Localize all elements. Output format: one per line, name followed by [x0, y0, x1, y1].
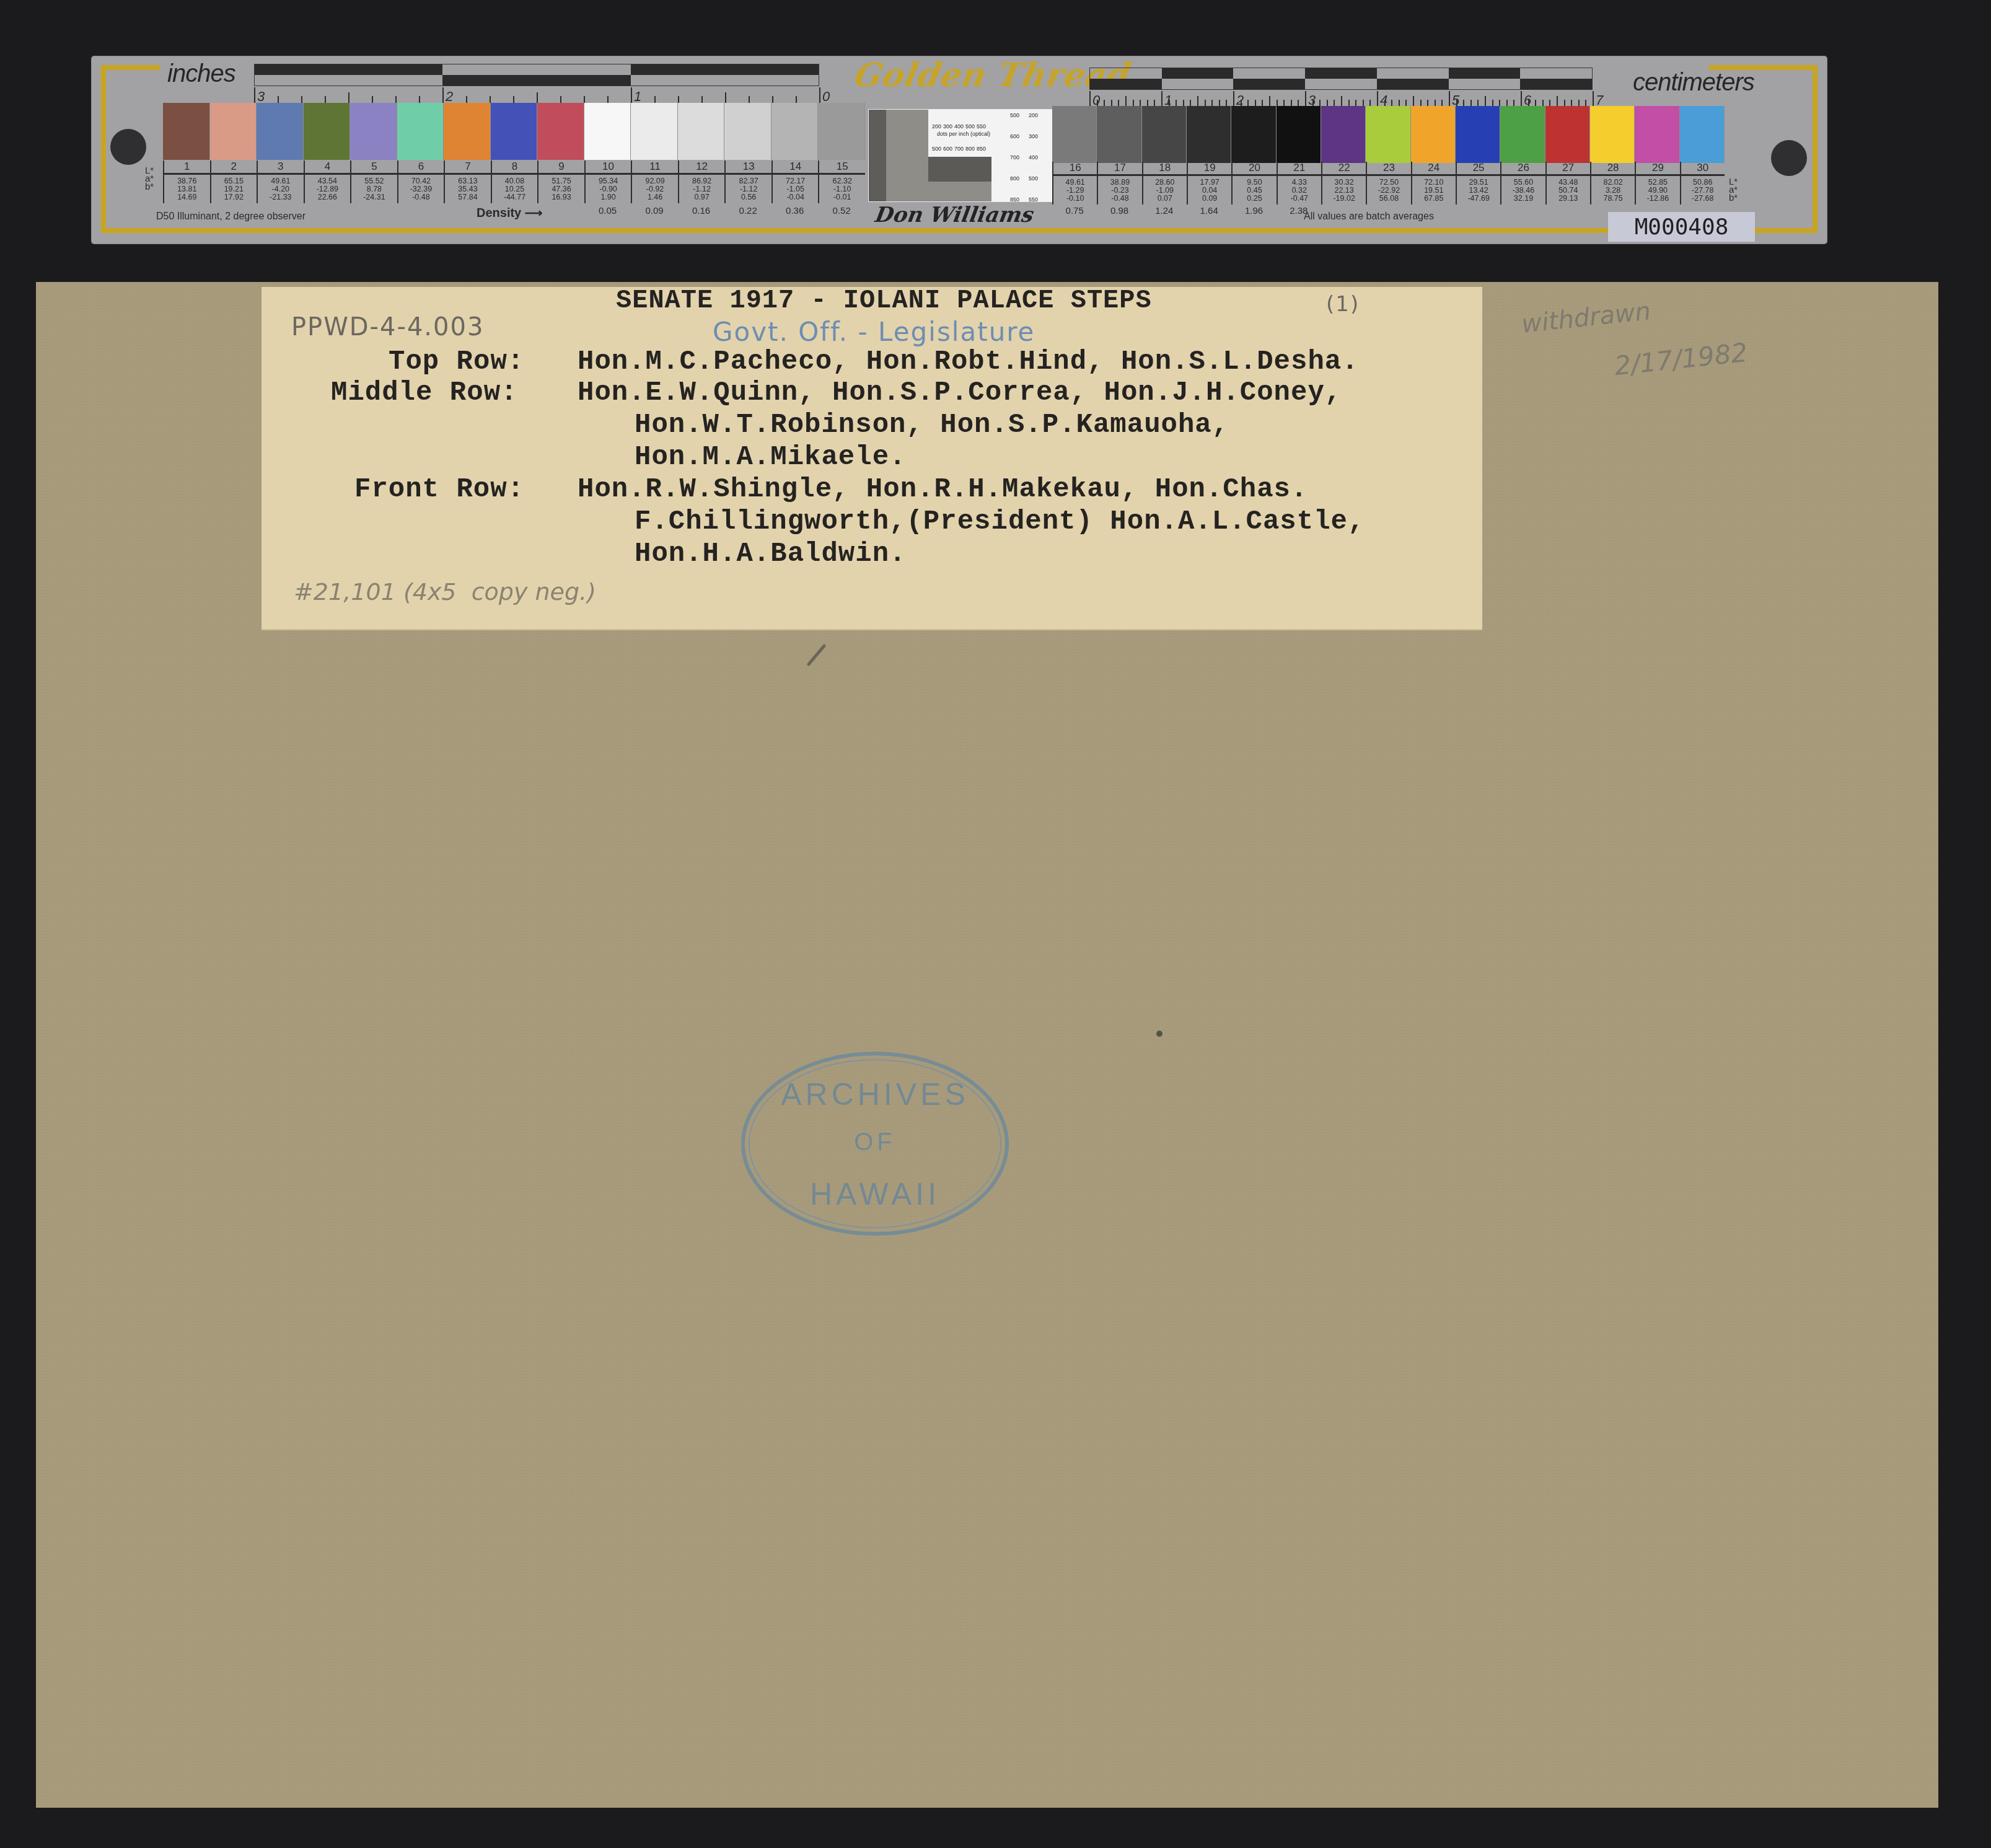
caption-title: SENATE 1917 - IOLANI PALACE STEPS	[616, 286, 1152, 315]
patch-values: 2529.5113.42-47.69	[1456, 162, 1500, 205]
color-patch	[444, 103, 491, 160]
color-patch	[1456, 106, 1500, 163]
patch-values: 1286.92-1.120.97	[678, 161, 725, 203]
patch-values: 209.500.450.25	[1231, 162, 1276, 205]
color-patch	[1590, 106, 1635, 163]
lab-legend-right: L* a* b*	[1729, 178, 1738, 202]
spot-mark	[1156, 1031, 1163, 1037]
row-top-line-1: Hon.M.C.Pacheco, Hon.Robt.Hind, Hon.S.L.…	[578, 346, 1359, 377]
density-values-right: 0.750.981.241.641.962.38	[1052, 206, 1321, 216]
sheet-number: (1)	[1326, 292, 1360, 317]
color-patch	[1680, 106, 1725, 163]
caption-label: PPWD-4-4.003 SENATE 1917 - IOLANI PALACE…	[262, 287, 1482, 629]
patch-values: 555.528.78-24.31	[350, 161, 397, 203]
patch-values: 349.61-4.20-21.33	[257, 161, 304, 203]
lab-values-right: 1649.61-1.29-0.101738.89-0.23-0.481828.6…	[1052, 162, 1725, 205]
centimeters-label: centimeters	[1633, 69, 1754, 97]
color-patch	[1142, 106, 1187, 163]
color-patch	[491, 103, 538, 160]
color-patch	[724, 103, 771, 160]
archives-of-hawaii-stamp: ARCHIVES OF HAWAII	[741, 1052, 1009, 1236]
stamp-middle-text: OF	[745, 1129, 1005, 1156]
row-heading-middle: Middle Row:	[331, 377, 517, 408]
patch-values: 443.54-12.8922.66	[304, 161, 351, 203]
color-patch	[1366, 106, 1410, 163]
patch-values: 1917.970.040.09	[1187, 162, 1231, 205]
patch-values: 2743.4850.7429.13	[1545, 162, 1590, 205]
color-patch	[678, 103, 725, 160]
lab-legend-left: L* a* b*	[145, 167, 154, 191]
accession-number: PPWD-4-4.003	[291, 313, 484, 341]
row-heading-front: Front Row:	[354, 474, 524, 505]
registration-dot-left	[110, 129, 146, 165]
patch-values: 265.1519.2117.92	[210, 161, 257, 203]
color-patch	[1411, 106, 1456, 163]
negative-note: #21,101 (4x5 copy neg.)	[294, 578, 596, 605]
patch-values: 214.330.32-0.47	[1277, 162, 1321, 205]
color-patch	[350, 103, 397, 160]
row-heading-top: Top Row:	[389, 346, 524, 377]
color-patch	[397, 103, 444, 160]
color-patch	[818, 103, 865, 160]
lab-values-left: 138.7613.8114.69265.1519.2117.92349.61-4…	[163, 161, 865, 203]
color-patch	[631, 103, 678, 160]
maker-signature: Don Williams	[873, 203, 1035, 227]
patch-values: 763.1335.4357.84	[444, 161, 491, 203]
patch-values: 2372.50-22.9256.08	[1366, 162, 1410, 205]
patch-values: 1095.34-0.901.90	[584, 161, 631, 203]
patch-values: 1649.61-1.29-0.10	[1052, 162, 1097, 205]
row-front-line-3: Hon.H.A.Baldwin.	[635, 539, 906, 570]
color-patch	[257, 103, 304, 160]
color-patch	[304, 103, 351, 160]
color-patch	[771, 103, 819, 160]
registration-dot-right	[1771, 140, 1807, 176]
batch-note: All values are batch averages	[1304, 211, 1434, 222]
resolution-target: dots per inch (optical) 2003004005005505…	[868, 109, 1053, 202]
patch-values: 1472.17-1.05-0.04	[771, 161, 819, 203]
illuminant-note: D50 Illuminant, 2 degree observer	[156, 211, 305, 222]
color-patch	[584, 103, 631, 160]
patch-values: 1738.89-0.23-0.48	[1097, 162, 1141, 205]
row-front-line-1: Hon.R.W.Shingle, Hon.R.H.Makekau, Hon.Ch…	[578, 474, 1308, 505]
patch-values: 1562.32-1.10-0.01	[818, 161, 865, 203]
patch-values: 951.7547.3616.93	[537, 161, 584, 203]
patch-values: 1828.60-1.090.07	[1142, 162, 1187, 205]
row-front-line-2: F.Chillingworth,(President) Hon.A.L.Cast…	[635, 506, 1365, 537]
patch-values: 1382.37-1.120.56	[724, 161, 771, 203]
patch-values: 2655.60-38.4632.19	[1500, 162, 1545, 205]
color-patch	[1052, 106, 1097, 163]
patch-values: 840.0810.25-44.77	[491, 161, 538, 203]
subject-note: Govt. Off. - Legislature	[713, 317, 1035, 347]
patch-values: 138.7613.8114.69	[163, 161, 210, 203]
row-middle-line-1: Hon.E.W.Quinn, Hon.S.P.Correa, Hon.J.H.C…	[578, 377, 1342, 408]
patch-values: 2882.023.2878.75	[1590, 162, 1635, 205]
target-id: M000408	[1608, 212, 1755, 242]
patch-values: 1192.09-0.921.46	[631, 161, 678, 203]
cm-scale-bar	[1089, 68, 1593, 90]
inch-ruler: 3210	[254, 87, 819, 103]
resolution-caption: dots per inch (optical)	[937, 131, 990, 137]
patch-values: 2952.8549.90-12.86	[1635, 162, 1679, 205]
patch-values: 2472.1019.5167.85	[1411, 162, 1456, 205]
color-patch	[1500, 106, 1545, 163]
stamp-top-text: ARCHIVES	[745, 1076, 1005, 1112]
color-calibration-target: inches centimeters 3210 Golden Thread 01…	[92, 56, 1827, 244]
color-patches-left	[163, 103, 865, 160]
color-patch	[1187, 106, 1231, 163]
stamp-bottom-text: HAWAII	[745, 1176, 1005, 1212]
color-patch	[1545, 106, 1590, 163]
density-values-left: 0.050.090.160.220.360.52	[584, 206, 865, 216]
color-patch	[1097, 106, 1141, 163]
color-patch	[1321, 106, 1366, 163]
color-patch	[163, 103, 210, 160]
density-label: Density ⟶	[477, 205, 542, 221]
patch-values: 670.42-32.39-0.48	[397, 161, 444, 203]
inch-scale-bar	[254, 64, 819, 86]
color-patch	[1231, 106, 1276, 163]
color-patch	[537, 103, 584, 160]
inches-label: inches	[167, 60, 235, 88]
row-middle-line-2: Hon.W.T.Robinson, Hon.S.P.Kamauoha,	[635, 410, 1229, 441]
row-middle-line-3: Hon.M.A.Mikaele.	[635, 442, 906, 473]
patch-values: 3050.86-27.78-27.68	[1680, 162, 1725, 205]
cm-ruler: 01234567	[1089, 91, 1593, 107]
patch-values: 2230.3222.13-19.02	[1321, 162, 1366, 205]
color-patch	[210, 103, 257, 160]
color-patches-right	[1052, 106, 1725, 163]
color-patch	[1277, 106, 1321, 163]
color-patch	[1635, 106, 1679, 163]
